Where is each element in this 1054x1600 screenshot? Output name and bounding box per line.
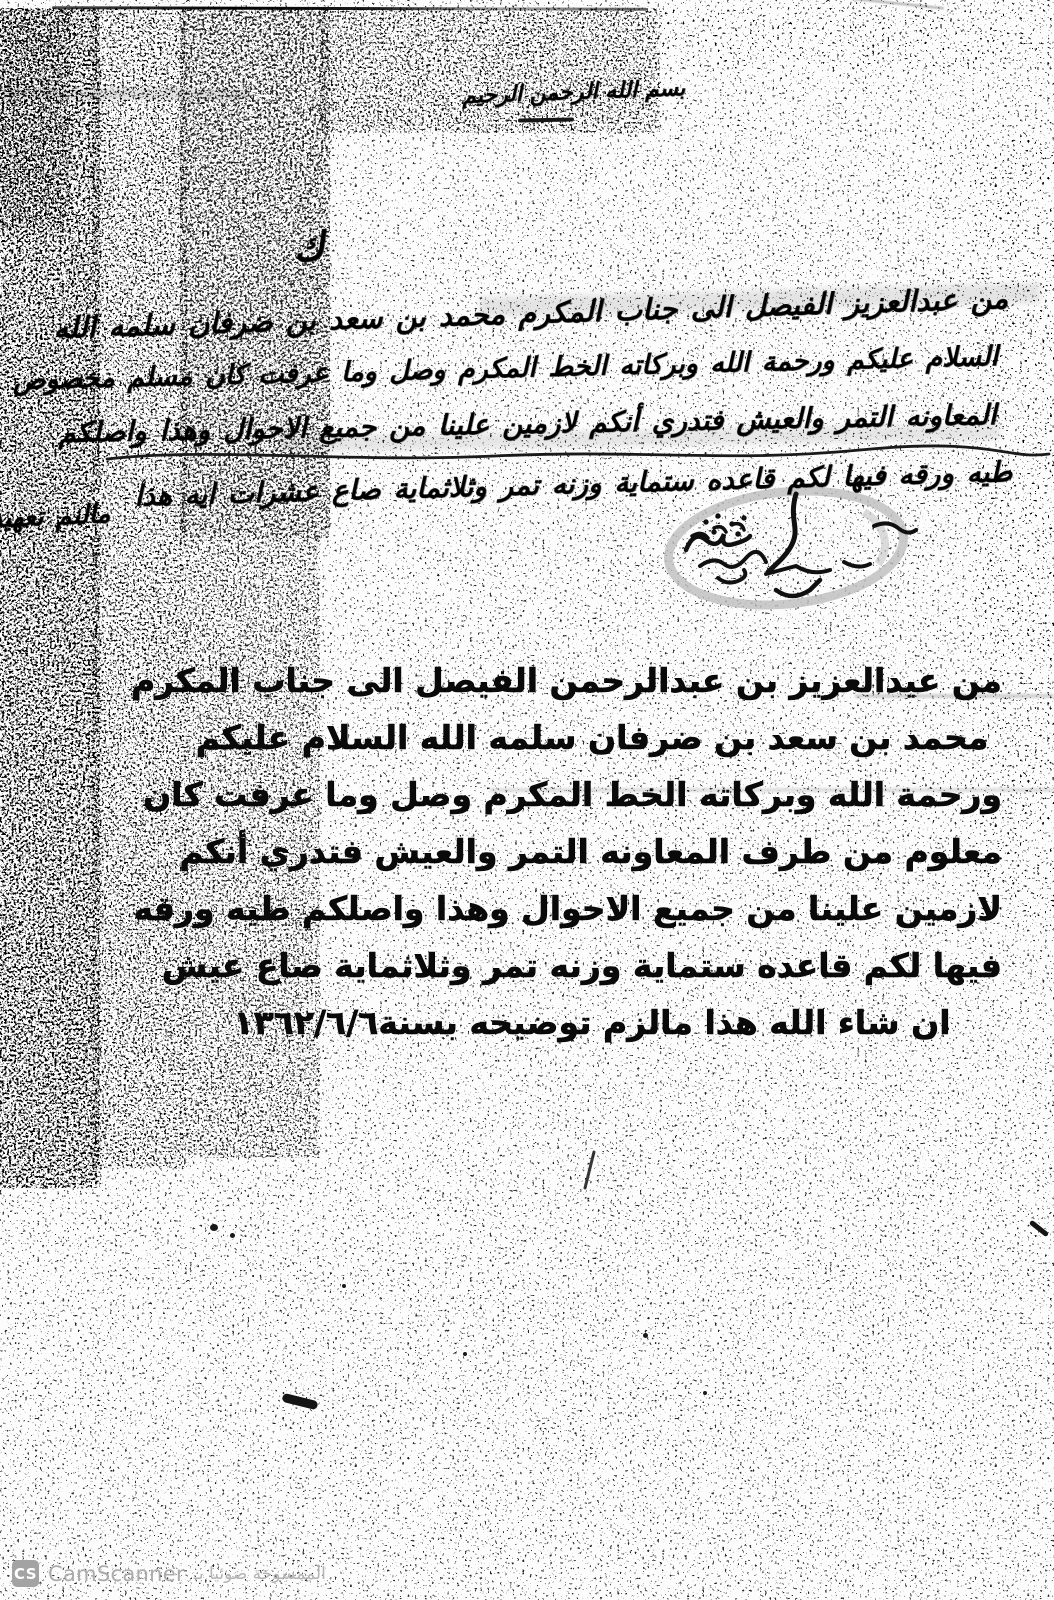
scan-edge-scratch — [852, 0, 944, 10]
typed-line: محمد بن سعد بن ضرفان سلمه الله السلام عل… — [182, 709, 1002, 766]
ink-scratch — [1029, 1220, 1049, 1237]
typed-line: من عيدالعزيز بن عبدالرحمن الفيصل الى جنا… — [182, 652, 1002, 709]
ink-speck — [703, 1391, 707, 1395]
oval-seal-stamp — [648, 478, 918, 618]
camscanner-logo-icon: CS — [12, 1560, 39, 1587]
ink-speck — [643, 1333, 648, 1338]
typed-line: معلوم من طرف المعاونه التمر والعيش فتدري… — [182, 823, 1002, 880]
ink-scratch — [583, 1150, 596, 1190]
typed-date-line: ان شاء الله هذا مالزم توضيحه بسنة١٣٦٢/٦/… — [182, 994, 1002, 1051]
typed-line: ورحمة الله وبركاته الخط المكرم وصل وما ع… — [182, 766, 1002, 823]
ink-speck — [342, 1284, 346, 1288]
basmala-text: بسم الله الرحمن الرحيم — [462, 76, 686, 109]
camscanner-brand-text: CamScanner — [48, 1562, 185, 1586]
typed-transcription: من عيدالعزيز بن عبدالرحمن الفيصل الى جنا… — [182, 652, 1002, 1051]
typed-line: فيها لكم قاعده ستماية وزنه تمر وثلاثماية… — [182, 937, 1002, 994]
typed-line: لازمين علينا من جميع الاحوال وهذا واصلكم… — [182, 880, 1002, 937]
ink-speck — [230, 1233, 235, 1238]
ink-speck — [210, 1224, 218, 1231]
handwritten-line: من عبدالعزيز الفيصل الى جناب المكرم محمد… — [53, 281, 1008, 345]
ink-speck — [463, 1352, 467, 1356]
scanned-with-label: الممسوحة ضوئيا بـ — [194, 1564, 326, 1584]
handwritten-line: السلام عليكم ورحمة الله وبركاته الخط الم… — [0, 341, 998, 399]
basmala-underline — [518, 118, 574, 123]
scan-edge-line — [52, 6, 647, 11]
scan-smudge — [0, 88, 250, 100]
scanned-letter-page: بسم الله الرحمن الرحيم ك من عبدالعزيز ال… — [0, 0, 1054, 1600]
ink-blot — [281, 1393, 318, 1410]
camscanner-watermark: CS CamScanner الممسوحة ضوئيا بـ — [12, 1560, 326, 1587]
margin-mark: ك — [291, 223, 327, 270]
handwritten-line: مالنم تعهيد — [0, 499, 111, 534]
